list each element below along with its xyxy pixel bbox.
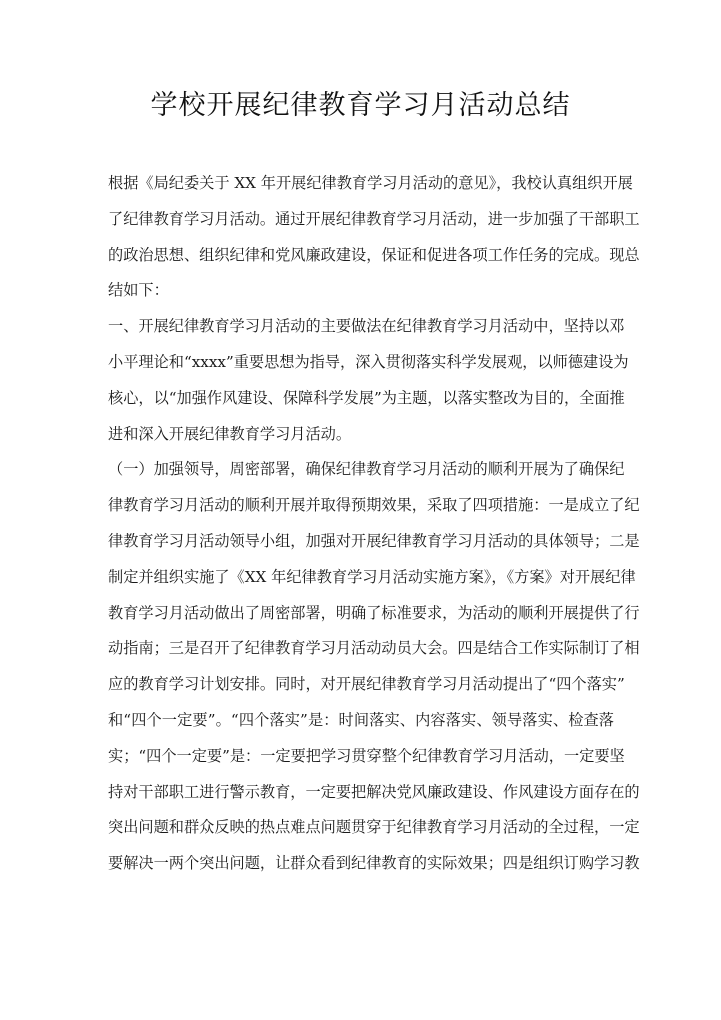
text-line: 教育学习月活动做出了周密部署，明确了标准要求，为活动的顺利开展提供了行: [108, 596, 614, 632]
text-line: 突出问题和群众反映的热点难点问题贯穿于纪律教育学习月活动的全过程，一定: [108, 810, 614, 846]
document-body: 根据《局纪委关于 XX 年开展纪律教育学习月活动的意见》，我校认真组织开展 了纪…: [108, 166, 614, 882]
text-line: 根据《局纪委关于 XX 年开展纪律教育学习月活动的意见》，我校认真组织开展: [108, 166, 614, 202]
text-line: 的政治思想、组织纪律和党风廉政建设，保证和促进各项工作任务的完成。现总: [108, 238, 614, 274]
text-line: 一、开展纪律教育学习月活动的主要做法在纪律教育学习月活动中，坚持以邓: [108, 309, 614, 345]
document-page: 学校开展纪律教育学习月活动总结 根据《局纪委关于 XX 年开展纪律教育学习月活动…: [0, 0, 721, 1020]
text-line: 了纪律教育学习月活动。通过开展纪律教育学习月活动，进一步加强了干部职工: [108, 202, 614, 238]
text-line: 进和深入开展纪律教育学习月活动。: [108, 417, 614, 453]
text-line: 实；“四个一定要”是：一定要把学习贯穿整个纪律教育学习月活动，一定要坚: [108, 739, 614, 775]
text-line: 律教育学习月活动领导小组，加强对开展纪律教育学习月活动的具体领导；二是: [108, 524, 614, 560]
text-line: 制定并组织实施了《XX 年纪律教育学习月活动实施方案》，《方案》对开展纪律: [108, 560, 614, 596]
text-line: （一）加强领导，周密部署，确保纪律教育学习月活动的顺利开展为了确保纪: [108, 452, 614, 488]
text-line: 小平理论和“xxxx”重要思想为指导，深入贯彻落实科学发展观，以师德建设为: [108, 345, 614, 381]
text-line: 持对干部职工进行警示教育，一定要把解决党风廉政建设、作风建设方面存在的: [108, 775, 614, 811]
text-line: 律教育学习月活动的顺利开展并取得预期效果，采取了四项措施：一是成立了纪: [108, 488, 614, 524]
text-line: 应的教育学习计划安排。同时，对开展纪律教育学习月活动提出了“四个落实”: [108, 667, 614, 703]
text-line: 结如下：: [108, 273, 614, 309]
document-title: 学校开展纪律教育学习月活动总结: [0, 86, 721, 126]
text-line: 要解决一两个突出问题，让群众看到纪律教育的实际效果；四是组织订购学习教: [108, 846, 614, 882]
text-line: 核心，以“加强作风建设、保障科学发展”为主题，以落实整改为目的，全面推: [108, 381, 614, 417]
text-line: 动指南；三是召开了纪律教育学习月活动动员大会。四是结合工作实际制订了相: [108, 631, 614, 667]
text-line: 和“四个一定要”。“四个落实”是：时间落实、内容落实、领导落实、检查落: [108, 703, 614, 739]
